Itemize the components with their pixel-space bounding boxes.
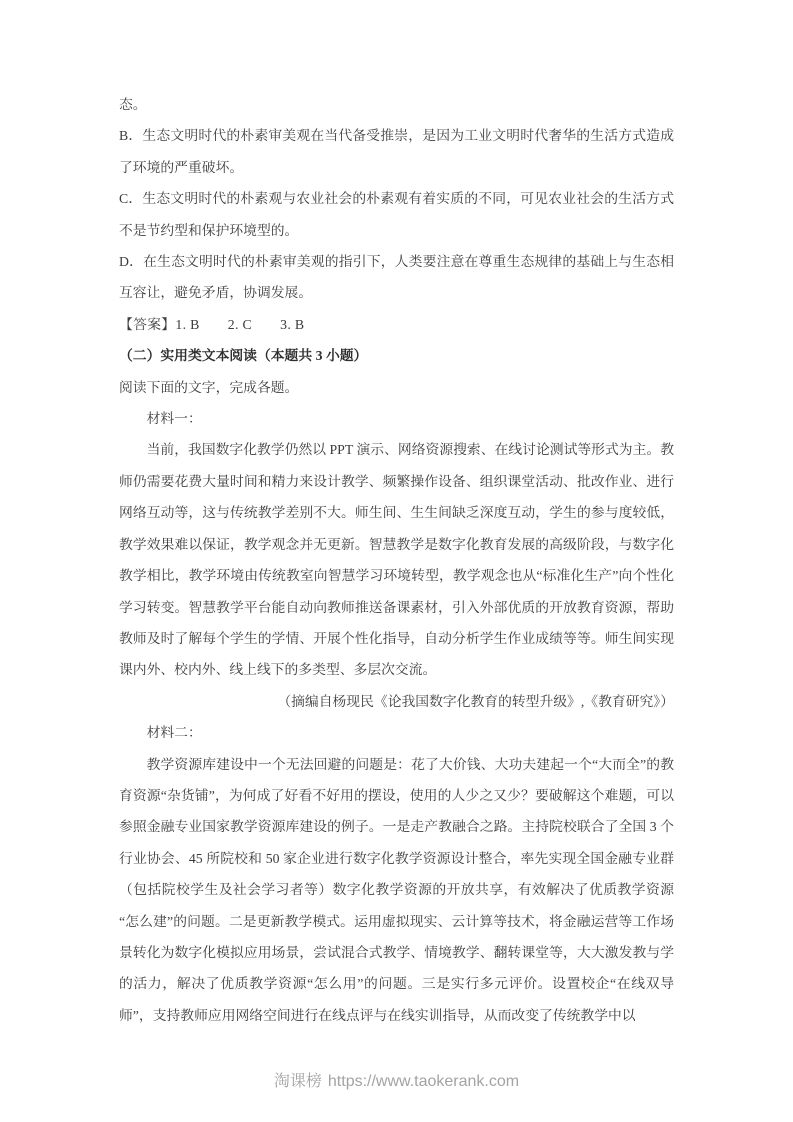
site-url: https://www.taokerank.com xyxy=(328,1073,519,1090)
paragraph-7: 阅读下面的文字，完成各题。 xyxy=(119,372,674,403)
paragraph-11: 材料二： xyxy=(119,717,674,748)
paragraph-10: （摘编自杨现民《论我国数字化教育的转型升级》,《教育研究》） xyxy=(119,686,674,717)
site-name: 淘课榜 xyxy=(274,1073,322,1090)
document-page: 态。B．生态文明时代的朴素审美观在当代备受推崇，是因为工业文明时代奢华的生活方式… xyxy=(0,0,793,1122)
paragraph-1: 态。 xyxy=(119,89,674,120)
paragraph-4: D．在生态文明时代的朴素审美观的指引下，人类要注意在尊重生态规律的基础上与生态相… xyxy=(119,246,674,309)
paragraph-9: 当前，我国数字化教学仍然以 PPT 演示、网络资源搜索、在线讨论测试等形式为主。… xyxy=(119,434,674,685)
paragraph-3: C．生态文明时代的朴素观与农业社会的朴素观有着实质的不同，可见农业社会的生活方式… xyxy=(119,183,674,246)
paragraph-8: 材料一： xyxy=(119,403,674,434)
paragraph-2: B．生态文明时代的朴素审美观在当代备受推崇，是因为工业文明时代奢华的生活方式造成… xyxy=(119,120,674,183)
paragraph-5: 【答案】1. B 2. C 3. B xyxy=(119,309,674,340)
watermark-footer: 淘课榜https://www.taokerank.com xyxy=(0,1068,793,1091)
document-content: 态。B．生态文明时代的朴素审美观在当代备受推崇，是因为工业文明时代奢华的生活方式… xyxy=(119,89,674,1031)
paragraph-6: （二）实用类文本阅读（本题共 3 小题） xyxy=(119,340,674,371)
paragraph-12: 教学资源库建设中一个无法回避的问题是：花了大价钱、大功夫建起一个“大而全”的教育… xyxy=(119,749,674,1032)
